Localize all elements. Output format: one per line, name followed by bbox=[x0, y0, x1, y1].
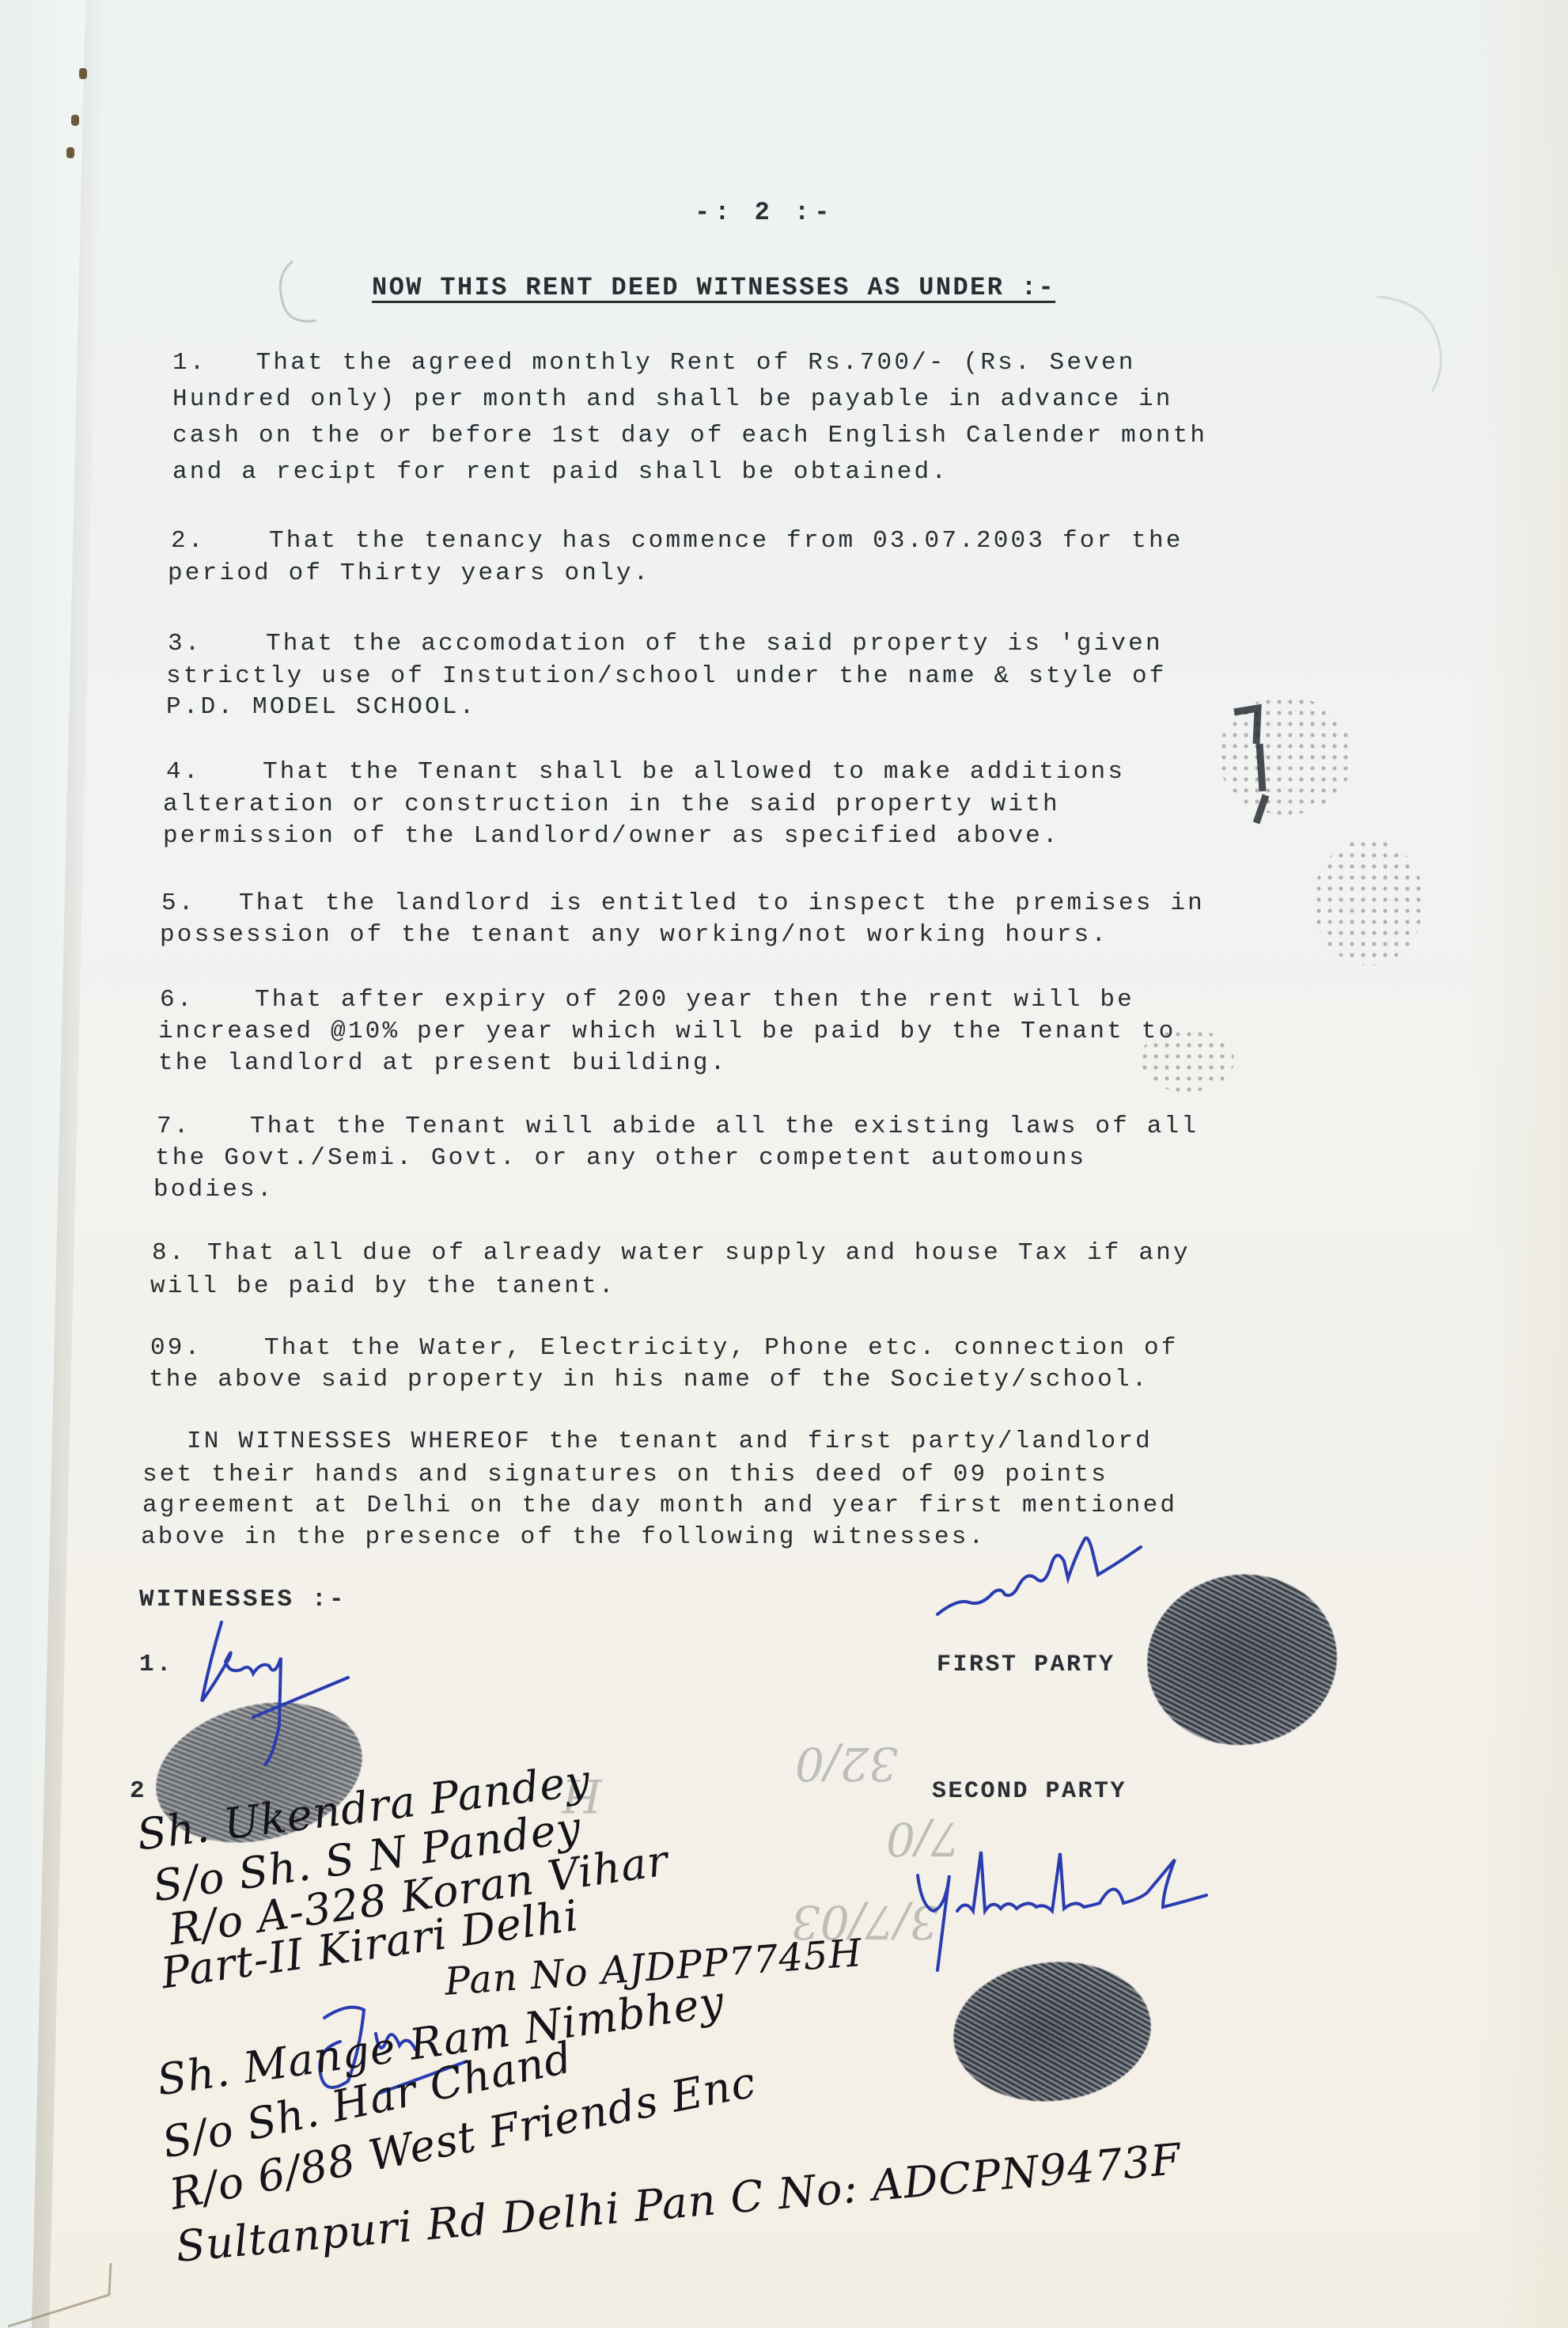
clause-1-line-2: Hundred only) per month and shall be pay… bbox=[172, 385, 1173, 415]
clause-9-line-1: That the Water, Electricity, Phone etc. … bbox=[264, 1333, 1179, 1363]
clause-4-number: 4. bbox=[166, 757, 201, 787]
clause-6-line-1: That after expiry of 200 year then the r… bbox=[255, 985, 1134, 1015]
clause-7-number: 7. bbox=[157, 1112, 191, 1142]
clause-2-number: 2. bbox=[171, 526, 206, 556]
second-party-signature bbox=[902, 1844, 1234, 1978]
clause-5-line-2: possession of the tenant any working/not… bbox=[160, 920, 1108, 950]
clause-4-line-2: alteration or construction in the said p… bbox=[163, 790, 1060, 820]
clause-7-line-2: the Govt./Semi. Govt. or any other compe… bbox=[155, 1143, 1086, 1173]
witness-1-number: 1. bbox=[139, 1650, 174, 1680]
clause-1-line-3: cash on the or before 1st day of each En… bbox=[172, 421, 1207, 451]
clause-7-line-3: bodies. bbox=[153, 1175, 275, 1205]
clause-3-line-3: P.D. MODEL SCHOOL. bbox=[166, 692, 476, 722]
page-heading: NOW THIS RENT DEED WITNESSES AS UNDER :- bbox=[372, 273, 1055, 303]
clause-6-line-2: increased @10% per year which will be pa… bbox=[158, 1017, 1176, 1047]
clause-6-line-3: the landlord at present building. bbox=[158, 1048, 728, 1079]
staple-mark bbox=[71, 115, 79, 126]
clause-1-line-4: and a recipt for rent paid shall be obta… bbox=[172, 457, 949, 487]
clause-4-line-3: permission of the Landlord/owner as spec… bbox=[163, 821, 1060, 851]
ink-mark bbox=[1210, 696, 1345, 831]
witness-clause-line-2: set their hands and signatures on this d… bbox=[142, 1460, 1108, 1490]
ink-smudge bbox=[1313, 839, 1424, 965]
witness-1-signature bbox=[186, 1614, 360, 1773]
first-party-signature bbox=[926, 1523, 1163, 1626]
second-party-label: SECOND PARTY bbox=[932, 1776, 1127, 1807]
clause-3-line-1: That the accomodation of the said proper… bbox=[266, 629, 1163, 659]
clause-8-number: 8. bbox=[152, 1238, 187, 1268]
witness-clause-line-3: agreement at Delhi on the day month and … bbox=[142, 1491, 1177, 1521]
staple-mark bbox=[79, 68, 87, 79]
first-party-label: FIRST PARTY bbox=[937, 1650, 1115, 1680]
page-corner-fold bbox=[0, 2263, 127, 2328]
clause-4-line-1: That the Tenant shall be allowed to make… bbox=[263, 757, 1125, 787]
clause-9-number: 09. bbox=[150, 1333, 202, 1363]
witness-clause-line-4: above in the presence of the following w… bbox=[141, 1522, 986, 1553]
clause-3-line-2: strictly use of Instution/school under t… bbox=[166, 662, 1167, 692]
clause-1-line-1: 1. That the agreed monthly Rent of Rs.70… bbox=[172, 348, 1383, 378]
staple-mark bbox=[66, 147, 74, 158]
pencil-note: 32/0 bbox=[795, 1737, 898, 1791]
clause-9-line-2: the above said property in his name of t… bbox=[149, 1365, 1149, 1395]
clause-8-line-2: will be paid by the tanent. bbox=[150, 1272, 616, 1302]
witness-2-number: 2 bbox=[130, 1776, 147, 1807]
clause-8-line-1: That all due of already water supply and… bbox=[207, 1238, 1191, 1268]
clause-5-number: 5. bbox=[161, 889, 196, 919]
clause-2-line-1: That the tenancy has commence from 03.07… bbox=[269, 526, 1184, 556]
ink-smudge bbox=[1139, 1029, 1234, 1092]
witnesses-label: WITNESSES :- bbox=[139, 1585, 347, 1615]
page-number: -: 2 :- bbox=[695, 198, 834, 228]
clause-2-line-2: period of Thirty years only. bbox=[168, 559, 651, 589]
clause-7-line-1: That the Tenant will abide all the exist… bbox=[250, 1112, 1199, 1142]
clause-6-number: 6. bbox=[160, 985, 195, 1015]
witness-clause-line-1: IN WITNESSES WHEREOF the tenant and firs… bbox=[187, 1427, 1153, 1457]
clause-5-line-1: That the landlord is entitled to inspect… bbox=[239, 889, 1205, 919]
clause-3-number: 3. bbox=[168, 629, 203, 659]
